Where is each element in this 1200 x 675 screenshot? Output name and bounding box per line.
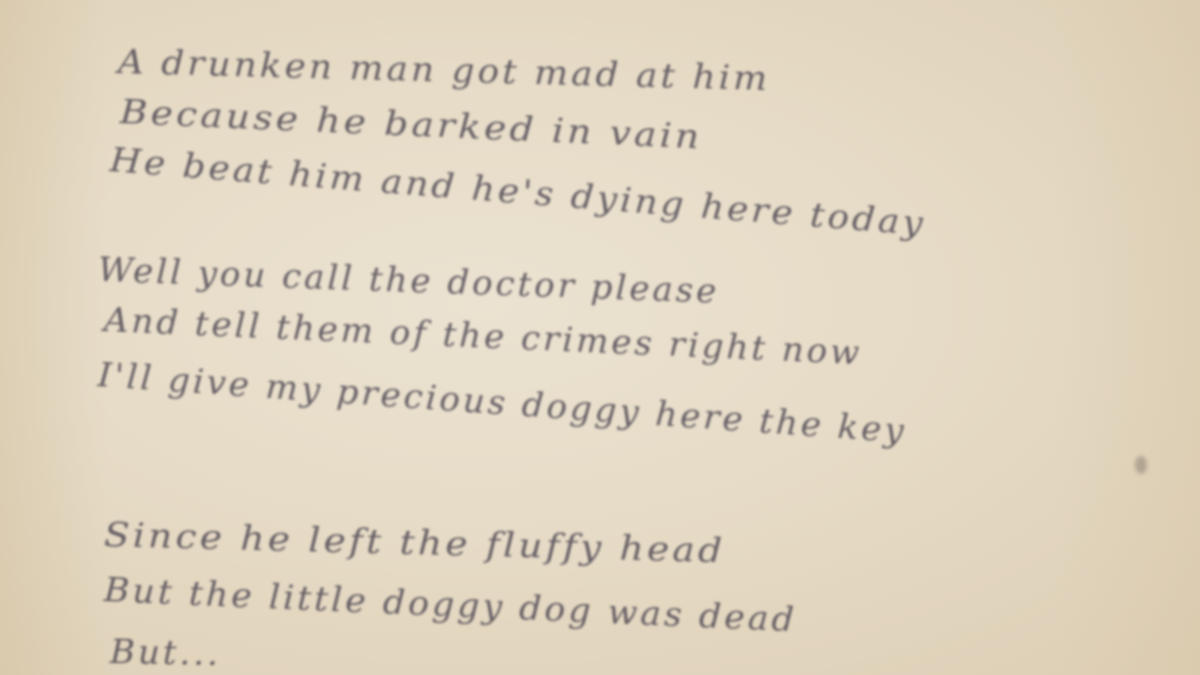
ink-blot	[1135, 456, 1147, 474]
lyric-line: But...	[110, 632, 222, 674]
